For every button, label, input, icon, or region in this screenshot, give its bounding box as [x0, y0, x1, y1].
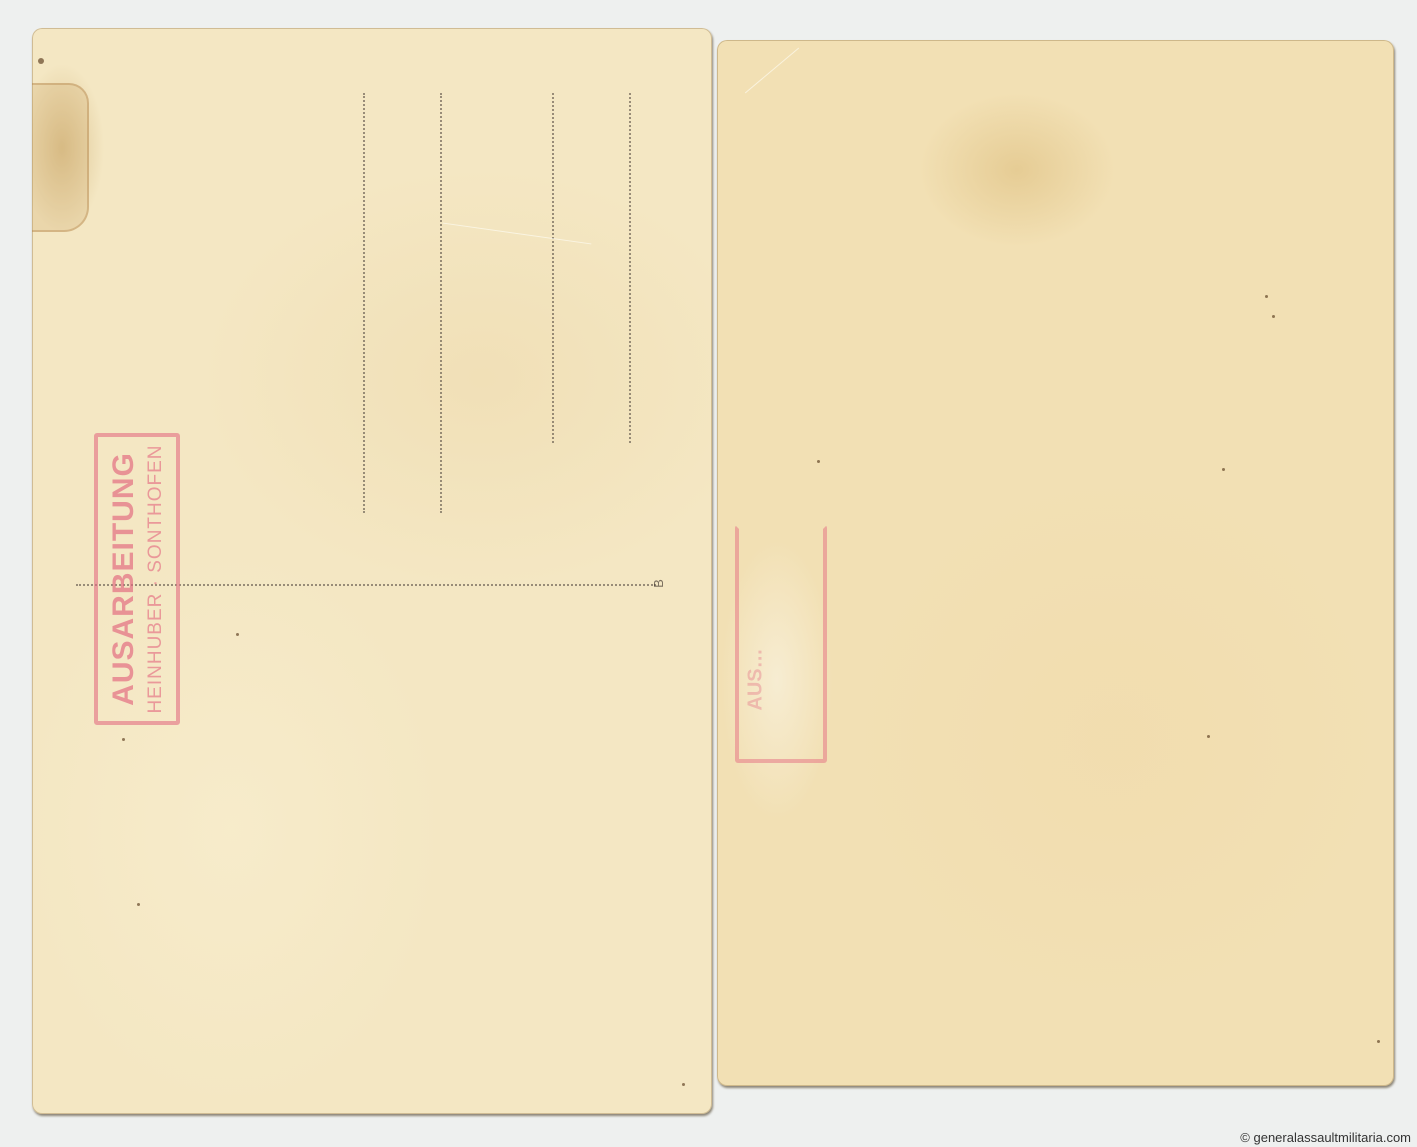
foxing-spot: [1222, 468, 1225, 471]
stamp-line-1: AUSARBEITUNG: [107, 452, 141, 706]
ink-stamp-faded: AUS…: [735, 525, 827, 763]
water-stain: [32, 83, 89, 232]
foxing-spot: [38, 58, 44, 64]
foxing-spot: [236, 633, 239, 636]
dotted-line: [552, 93, 554, 443]
paper-crease: [745, 48, 799, 94]
foxing-spot: [1377, 1040, 1380, 1043]
dotted-line: [440, 93, 442, 513]
foxing-spot: [1207, 735, 1210, 738]
foxing-spot: [1265, 295, 1268, 298]
foxing-spot: [682, 1083, 685, 1086]
foxing-spot: [137, 903, 140, 906]
paper-crease: [443, 223, 592, 245]
printed-mark: B: [651, 579, 666, 588]
postcard-right: AUS…: [717, 40, 1394, 1086]
dotted-line: [629, 93, 631, 443]
foxing-spot: [817, 460, 820, 463]
foxing-spot: [122, 738, 125, 741]
foxing-spot: [1272, 315, 1275, 318]
stamp-line-2: HEINHUBER · SONTHOFEN: [145, 444, 167, 713]
ink-stamp: AUSARBEITUNG HEINHUBER · SONTHOFEN: [94, 433, 180, 725]
postcard-left: B AUSARBEITUNG HEINHUBER · SONTHOFEN: [32, 28, 712, 1114]
copyright-watermark: © generalassaultmilitaria.com: [1240, 1130, 1411, 1145]
stamp-line-1: AUS…: [745, 648, 768, 710]
dotted-line: [363, 93, 365, 513]
